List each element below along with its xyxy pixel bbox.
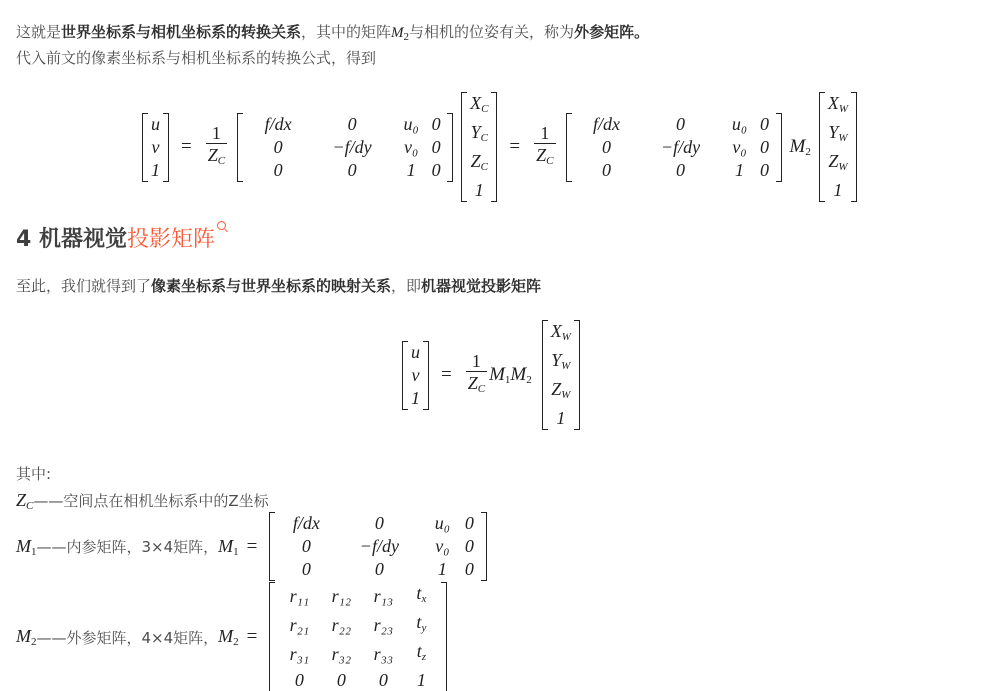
m2-symbol: M2 [790, 136, 811, 158]
camera-coordinate-vector: XCYCZC1 [461, 92, 497, 202]
intrinsic-matrix: f/dx0u₀0 0−f/dyv₀0 0010 [237, 113, 453, 182]
definitions-heading: 其中: [16, 462, 51, 486]
summary-bold-mapping: 像素坐标系与世界坐标系的映射关系 [151, 277, 391, 295]
intro-text: 这就是 [16, 23, 61, 41]
equals-sign: = [181, 136, 192, 158]
fraction-1-over-zc: 1 ZC [206, 123, 227, 172]
pixel-vector: uv1 [402, 341, 429, 410]
equation-projection: uv1 = 1 ZC M1M2 XWYWZW1 [398, 320, 584, 430]
equation-pixel-to-world: uv1 = 1 ZC f/dx0u₀0 0−f/dyv₀0 0010 XCYCZ… [138, 92, 861, 202]
pixel-vector: uv1 [142, 113, 169, 182]
definition-m2: M2——外参矩阵，4×4矩阵，M2 = r₁₁r₁₂r₁₃tx r₂₁r₂₂r₂… [16, 582, 451, 691]
m1-m2-product: M1M2 [489, 364, 532, 386]
intro-text-post: 与相机的位姿有关，称为 [409, 23, 574, 41]
m1-matrix: f/dx0u₀0 0−f/dyv₀0 0010 [269, 512, 487, 581]
intrinsic-matrix-repeat: f/dx0u₀0 0−f/dyv₀0 0010 [566, 113, 782, 182]
intro-paragraph: 这就是世界坐标系与相机坐标系的转换关系，其中的矩阵M2与相机的位姿有关，称为外参… [16, 20, 649, 49]
keyword-link[interactable]: 投影矩阵 [127, 227, 215, 252]
definition-m1: M1——内参矩阵，3×4矩阵，M1 = f/dx0u₀0 0−f/dyv₀0 0… [16, 512, 491, 581]
intro-text-mid: ，其中的矩阵 [301, 23, 391, 41]
intro-line2: 代入前文的像素坐标系与相机坐标系的转换公式，得到 [16, 46, 376, 70]
intro-bold-relation: 世界坐标系与相机坐标系的转换关系 [61, 23, 301, 41]
world-coordinate-vector: XWYWZW1 [542, 320, 580, 430]
world-coordinate-vector: XWYWZW1 [819, 92, 857, 202]
fraction-1-over-zc: 1 ZC [466, 351, 487, 400]
section-heading: 4 机器视觉投影矩阵 [16, 222, 224, 253]
equals-sign: = [441, 364, 452, 386]
section-title: 机器视觉 [39, 227, 127, 252]
equals-sign: = [509, 136, 520, 158]
summary-bold-projection: 机器视觉投影矩阵 [421, 277, 541, 295]
intro-bold-extrinsic: 外参矩阵。 [574, 23, 649, 41]
summary-paragraph: 至此，我们就得到了像素坐标系与世界坐标系的映射关系，即机器视觉投影矩阵 [16, 274, 541, 298]
m2-matrix: r₁₁r₁₂r₁₃tx r₂₁r₂₂r₂₃ty r₃₁r₃₂r₃₃tz 0001 [269, 582, 447, 691]
matrix-m2-symbol: M2 [391, 25, 409, 41]
fraction-1-over-zc: 1 ZC [534, 123, 555, 172]
search-icon[interactable] [217, 221, 226, 230]
